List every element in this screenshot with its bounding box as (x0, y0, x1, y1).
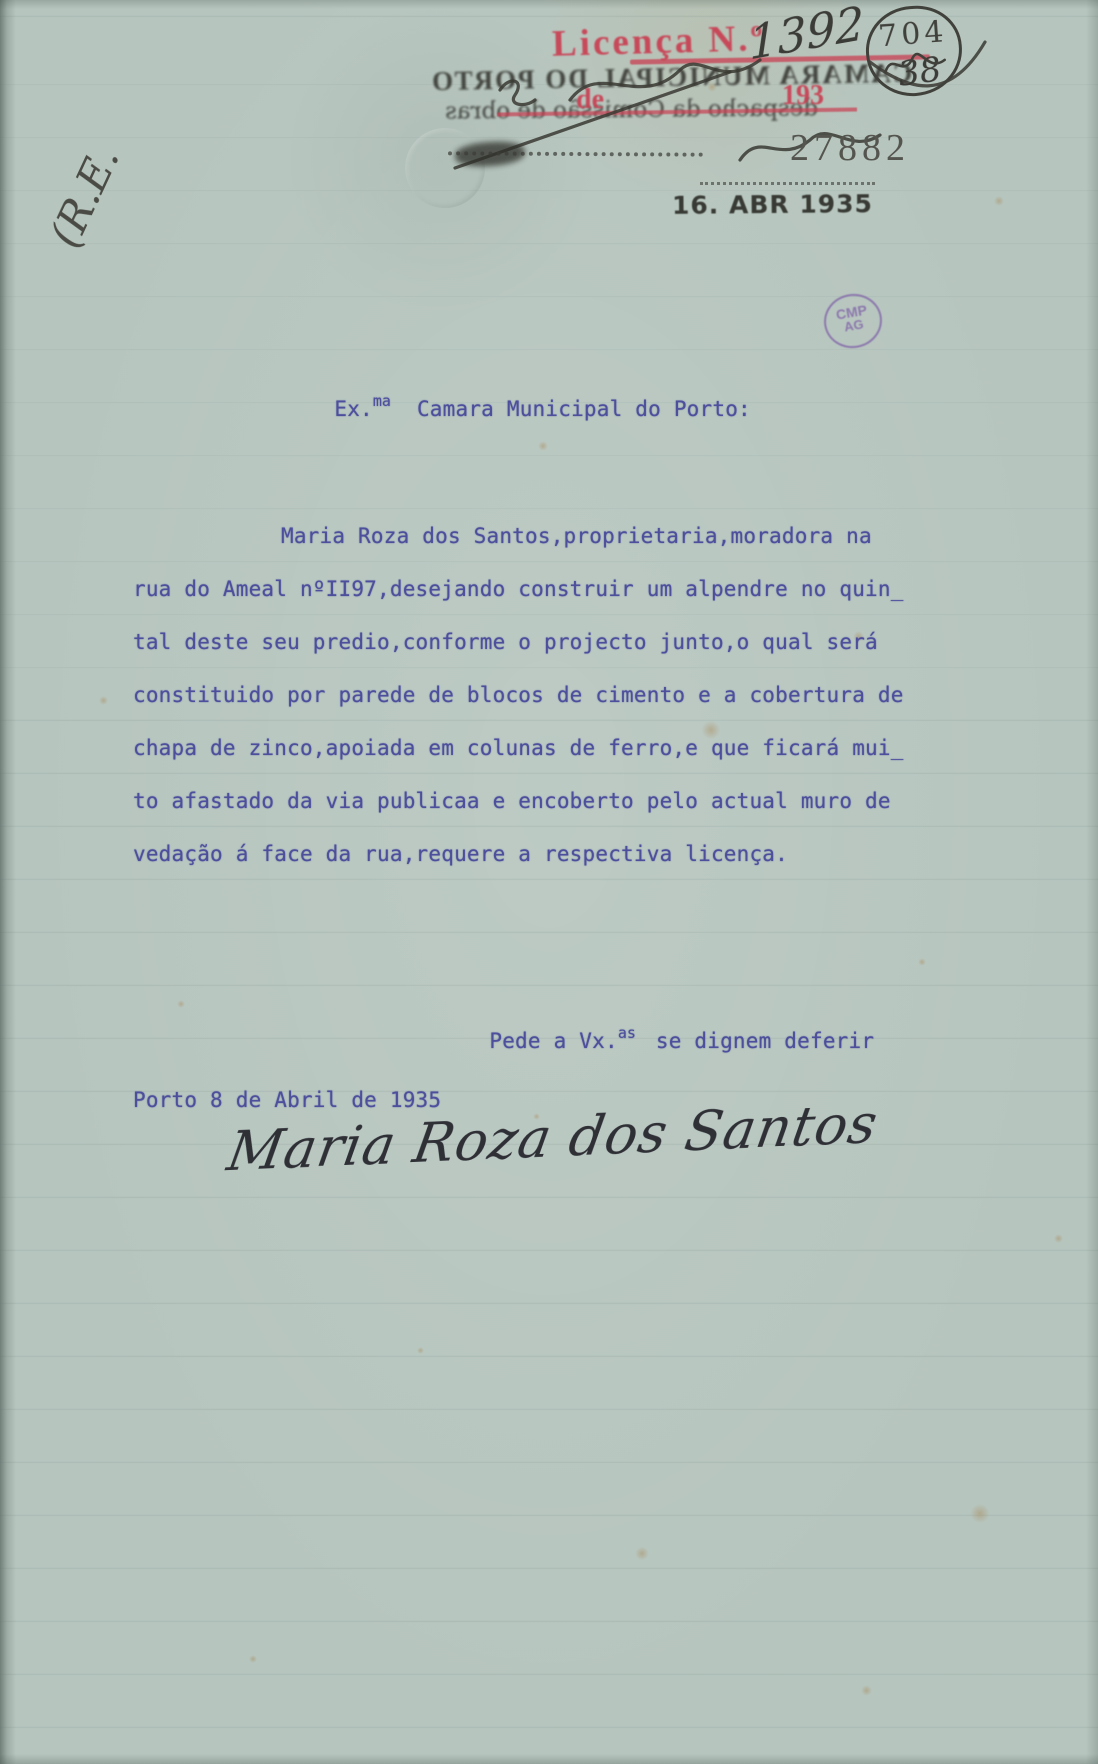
body-line: vedação á face da rua,requere a respecti… (133, 842, 963, 895)
salutation-prefix: Ex. (334, 397, 373, 421)
scanned-document-page: Licença N.º 1392 CAMARA MUNICIPAL DO POR… (0, 0, 1098, 1764)
body-line: Maria Roza dos Santos,proprietaria,morad… (133, 524, 963, 577)
registry-number: 27882 (790, 126, 910, 170)
body-line: tal deste seu predio,conforme o projecto… (133, 630, 963, 683)
date-line: Porto 8 de Abril de 1935 (133, 1088, 441, 1112)
stain-spot (861, 1685, 872, 1696)
stain-spot (918, 958, 926, 966)
salutation-addressee: Camara Municipal do Porto: (417, 397, 751, 421)
petition-superscript: as (618, 1024, 636, 1042)
salutation-superscript: ma (373, 392, 391, 410)
body-line: rua do Ameal nºII97,desejando construir … (133, 577, 963, 630)
dotted-line-2 (700, 182, 875, 185)
date-stamp: 16. ABR 1935 (672, 189, 873, 220)
embossed-seal (405, 128, 485, 208)
stain-spot (417, 1347, 424, 1354)
body-paragraph: Maria Roza dos Santos,proprietaria,morad… (133, 524, 963, 895)
stain-spot (99, 696, 108, 705)
margin-note: (R.E. (40, 138, 129, 254)
body-line: constituido por parede de blocos de cime… (133, 683, 963, 736)
petition-prefix: Pede a Vx. (489, 1029, 617, 1053)
stain-spot (635, 1547, 649, 1560)
petition-line: Pede a Vx.asse dignem deferir (438, 1000, 874, 1077)
offset-stamp-line1: CAMARA MUNICIPAL DO PORTO (430, 58, 913, 97)
circle-stamp-number: 704 (867, 14, 959, 55)
stain-spot (994, 196, 1004, 206)
circle-stamp-704: 704 (863, 3, 965, 99)
salutation-line: Ex.maCamara Municipal do Porto: (283, 368, 751, 445)
body-line: chapa de zinco,apoiada em colunas de fer… (133, 736, 963, 789)
petition-rest: se dignem deferir (656, 1029, 874, 1053)
stain-spot (177, 1000, 185, 1008)
stain-spot (1054, 1234, 1063, 1243)
body-line: to afastado da via publicaa e encoberto … (133, 789, 963, 842)
stain-spot (249, 1655, 257, 1663)
stain-spot (970, 1504, 990, 1523)
cmp-ag-stamp: CMP AG (820, 289, 886, 352)
